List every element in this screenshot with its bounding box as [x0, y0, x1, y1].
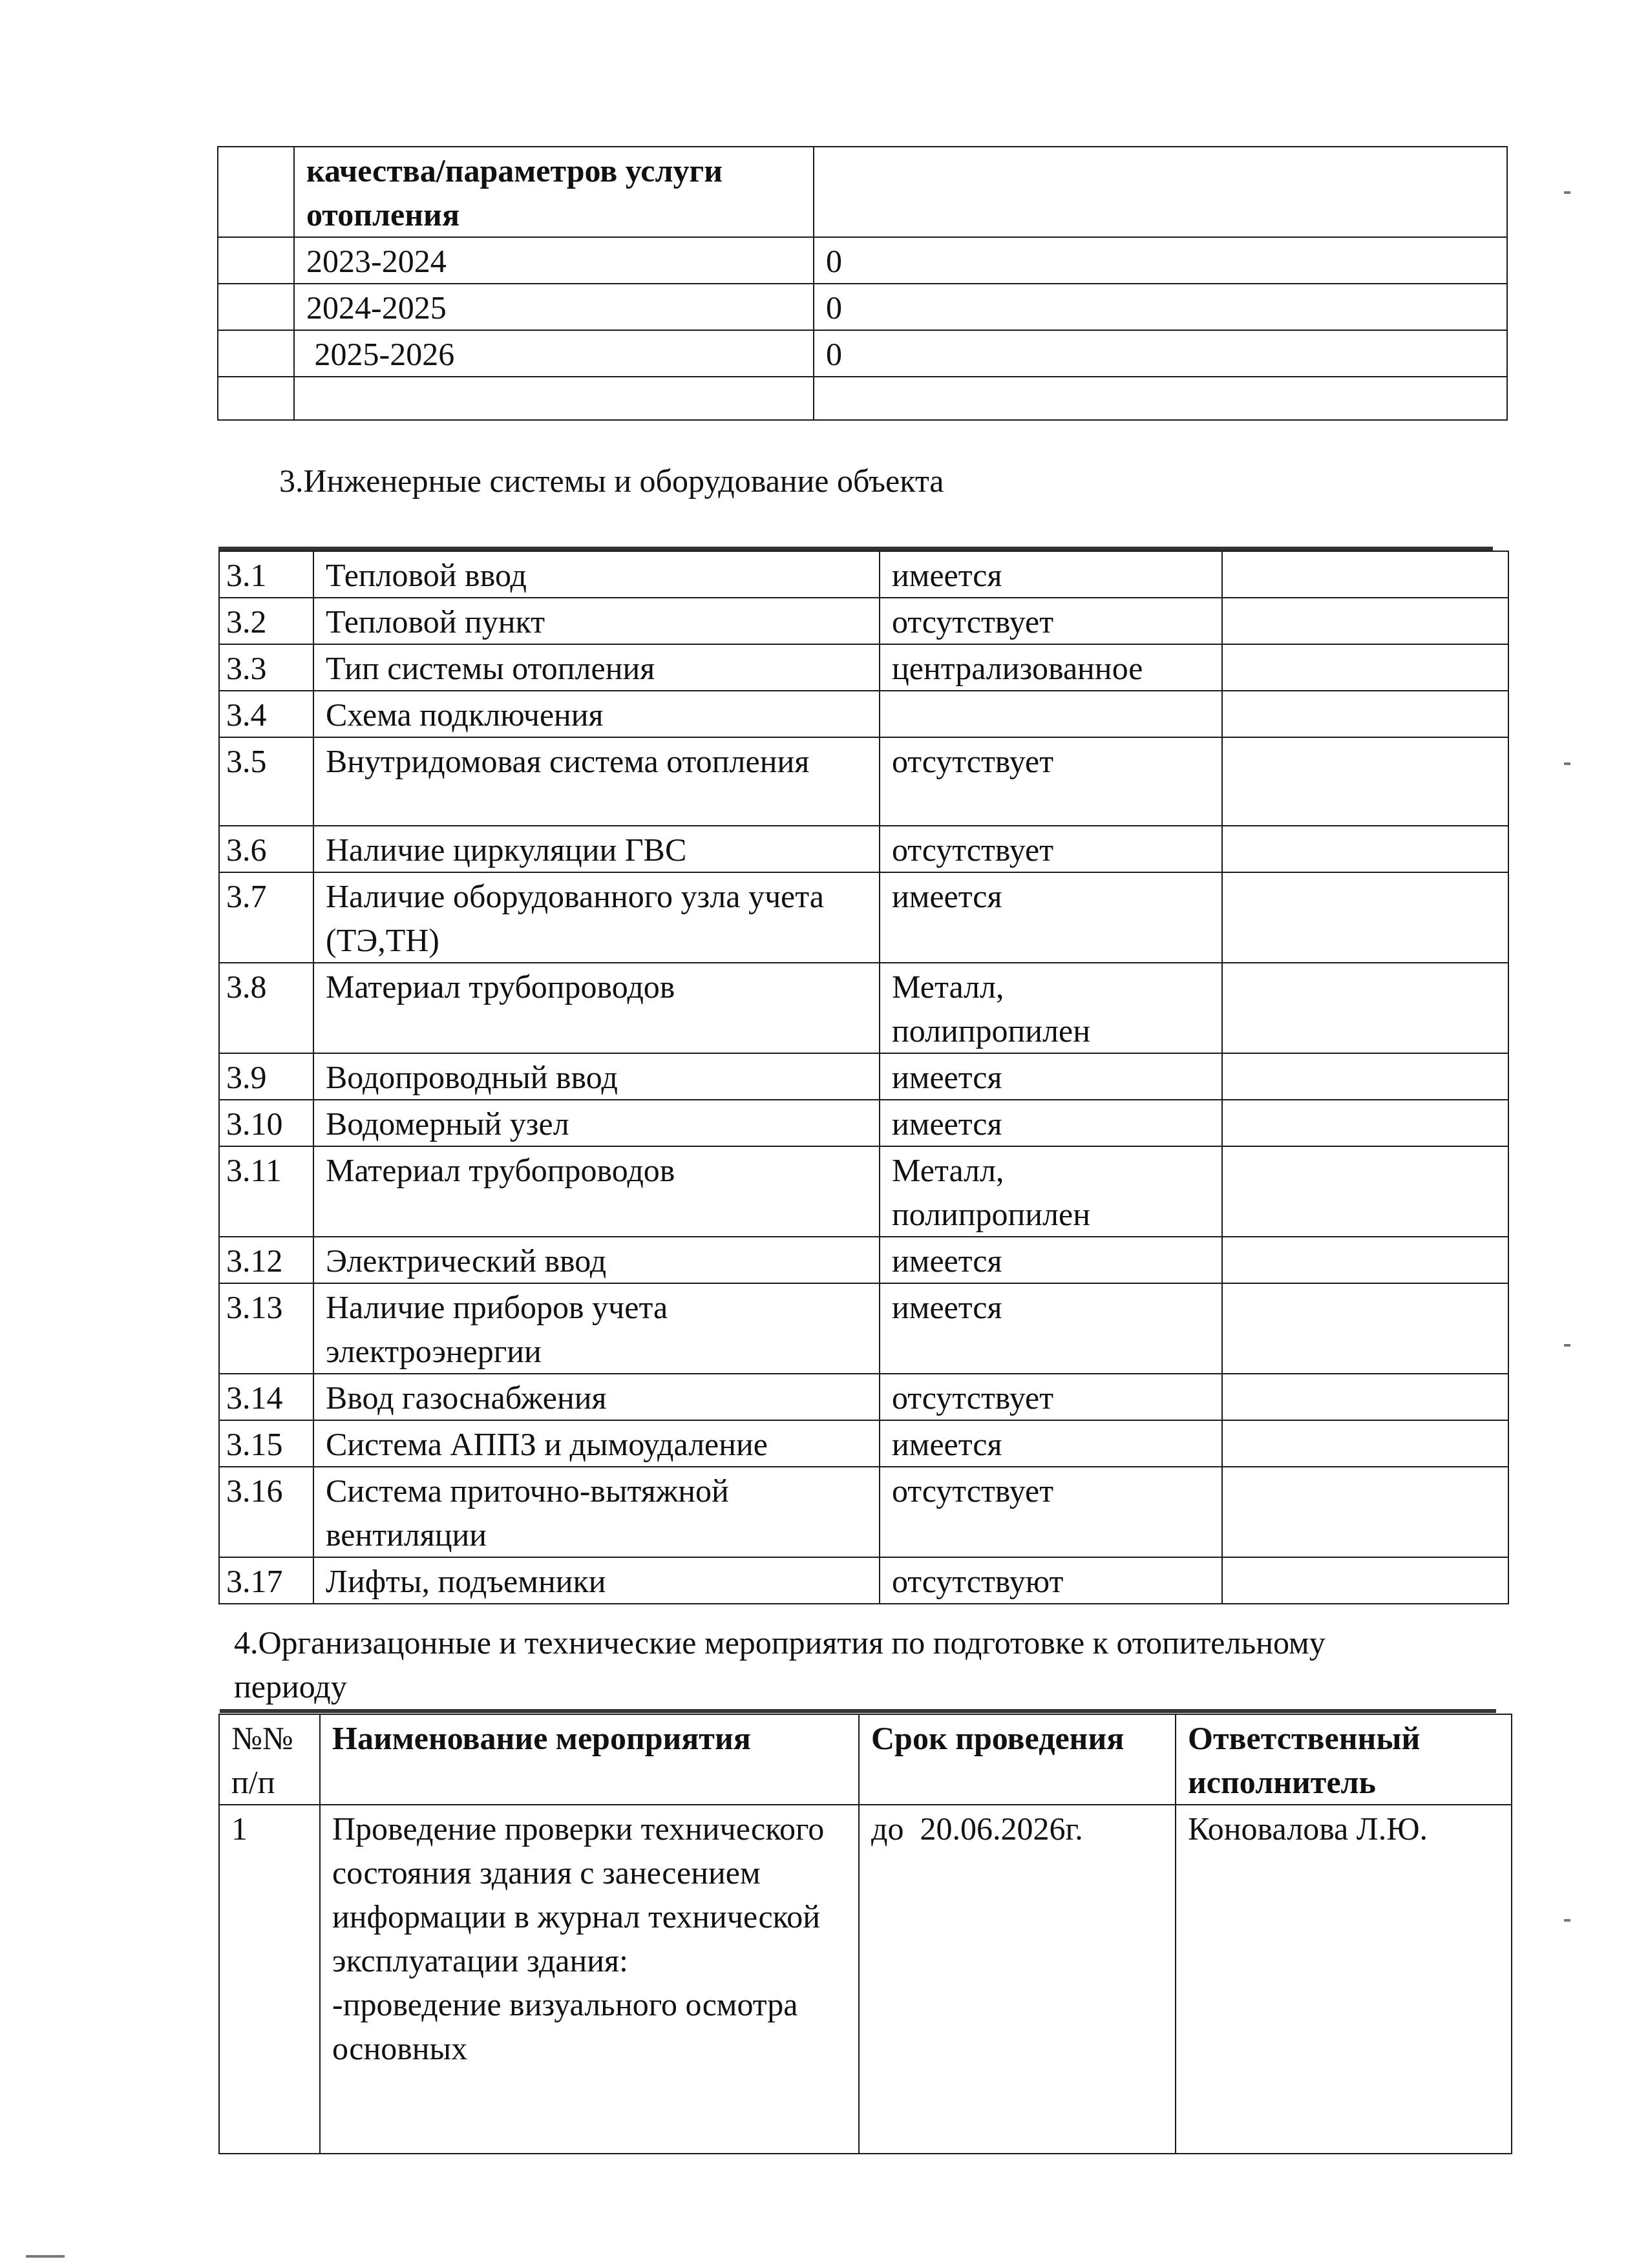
num-cell: 3.13 [219, 1283, 313, 1374]
extra-cell [1222, 598, 1508, 644]
table-row: 3.8Материал трубопроводовМеталл, полипро… [219, 963, 1508, 1053]
table-row: 3.3Тип системы отопленияцентрализованное [219, 644, 1508, 691]
system-name-cell: Наличие приборов учета электроэнергии [313, 1283, 880, 1374]
num-cell: 3.3 [219, 644, 313, 691]
num-cell: 3.5 [219, 737, 313, 826]
system-name-cell: Система АППЗ и дымоудаление [313, 1420, 880, 1467]
num-cell: 3.1 [219, 551, 313, 598]
measure-name-cell: Проведение проверки технического состоян… [320, 1805, 859, 2154]
num-cell: 3.9 [219, 1053, 313, 1100]
num-cell: 3.10 [219, 1100, 313, 1146]
system-name-cell: Схема подключения [313, 691, 880, 737]
status-cell: отсутствует [880, 826, 1222, 872]
table-row: 3.2Тепловой пунктотсутствует [219, 598, 1508, 644]
table-row: 3.15Система АППЗ и дымоудалениеимеется [219, 1420, 1508, 1467]
extra-cell [1222, 1420, 1508, 1467]
scan-speck [1564, 762, 1570, 765]
value-cell: 0 [814, 330, 1507, 377]
extra-cell [1222, 551, 1508, 598]
table-row: 3.16Система приточно-вытяжной вентиляции… [219, 1467, 1508, 1557]
status-cell: Металл, полипропилен [880, 963, 1222, 1053]
value-cell [814, 377, 1507, 420]
table-row: 3.6Наличие циркуляции ГВСотсутствует [219, 826, 1508, 872]
num-cell [218, 330, 294, 377]
section-3-title: 3.Инженерные системы и оборудование объе… [279, 459, 944, 503]
period-cell [294, 377, 814, 420]
table-row: 3.9Водопроводный вводимеется [219, 1053, 1508, 1100]
num-cell: 3.8 [219, 963, 313, 1053]
header-responsible: Ответственный исполнитель [1176, 1714, 1512, 1805]
table-row: 2025-2026 0 [218, 330, 1507, 377]
num-cell: 3.6 [219, 826, 313, 872]
num-cell: 3.4 [219, 691, 313, 737]
engineering-systems-table: 3.1Тепловой вводимеется3.2Тепловой пункт… [218, 551, 1509, 1604]
system-name-cell: Электрический ввод [313, 1237, 880, 1283]
preparation-measures-table: №№ п/п Наименование мероприятия Срок про… [218, 1714, 1512, 2154]
table-row: 3.10Водомерный узелимеется [219, 1100, 1508, 1146]
num-cell: 1 [219, 1805, 320, 2154]
period-cell: 2023-2024 [294, 237, 814, 284]
extra-cell [1222, 826, 1508, 872]
period-cell: 2025-2026 [294, 330, 814, 377]
status-cell: имеется [880, 1237, 1222, 1283]
table-header-row: №№ п/п Наименование мероприятия Срок про… [219, 1714, 1512, 1805]
extra-cell [1222, 1557, 1508, 1604]
status-cell: имеется [880, 1283, 1222, 1374]
period-cell: 2024-2025 [294, 284, 814, 330]
table-row: 3.17Лифты, подъемникиотсутствуют [219, 1557, 1508, 1604]
status-cell: отсутствует [880, 1467, 1222, 1557]
table-top-rule [220, 1709, 1496, 1713]
status-cell: централизованное [880, 644, 1222, 691]
header-cell: качества/параметров услуги отопления [294, 147, 814, 237]
document-page: качества/параметров услуги отопления 202… [0, 0, 1648, 2268]
scan-speck [1564, 191, 1570, 194]
section-4-title: 4.Организацонные и технические мероприят… [234, 1621, 1333, 1708]
table-row: 2024-2025 0 [218, 284, 1507, 330]
table-row: 1 Проведение проверки технического состо… [219, 1805, 1512, 2154]
table-row: 2023-2024 0 [218, 237, 1507, 284]
num-cell: 3.7 [219, 872, 313, 963]
table-row: 3.11Материал трубопроводовМеталл, полипр… [219, 1146, 1508, 1237]
system-name-cell: Тепловой ввод [313, 551, 880, 598]
num-cell: 3.12 [219, 1237, 313, 1283]
system-name-cell: Тип системы отопления [313, 644, 880, 691]
extra-cell [1222, 644, 1508, 691]
extra-cell [1222, 691, 1508, 737]
extra-cell [1222, 1237, 1508, 1283]
num-cell [218, 377, 294, 420]
value-cell: 0 [814, 237, 1507, 284]
system-name-cell: Водопроводный ввод [313, 1053, 880, 1100]
table-row: качества/параметров услуги отопления [218, 147, 1507, 237]
table-row: 3.14Ввод газоснабженияотсутствует [219, 1374, 1508, 1420]
extra-cell [1222, 1146, 1508, 1237]
extra-cell [1222, 1053, 1508, 1100]
status-cell: отсутствуют [880, 1557, 1222, 1604]
extra-cell [1222, 1100, 1508, 1146]
extra-cell [1222, 963, 1508, 1053]
value-cell [814, 147, 1507, 237]
header-num: №№ п/п [219, 1714, 320, 1805]
status-cell: отсутствует [880, 737, 1222, 826]
system-name-cell: Внутридомовая система отопления [313, 737, 880, 826]
extra-cell [1222, 872, 1508, 963]
num-cell [218, 284, 294, 330]
num-cell: 3.17 [219, 1557, 313, 1604]
status-cell: имеется [880, 551, 1222, 598]
status-cell: имеется [880, 872, 1222, 963]
extra-cell [1222, 737, 1508, 826]
table-row: 3.1Тепловой вводимеется [219, 551, 1508, 598]
status-cell [880, 691, 1222, 737]
status-cell: отсутствует [880, 1374, 1222, 1420]
system-name-cell: Система приточно-вытяжной вентиляции [313, 1467, 880, 1557]
value-cell: 0 [814, 284, 1507, 330]
system-name-cell: Материал трубопроводов [313, 963, 880, 1053]
system-name-cell: Материал трубопроводов [313, 1146, 880, 1237]
system-name-cell: Тепловой пункт [313, 598, 880, 644]
num-cell [218, 237, 294, 284]
table-row: 3.12Электрический вводимеется [219, 1237, 1508, 1283]
system-name-cell: Ввод газоснабжения [313, 1374, 880, 1420]
heating-quality-table: качества/параметров услуги отопления 202… [217, 146, 1508, 421]
extra-cell [1222, 1374, 1508, 1420]
status-cell: имеется [880, 1420, 1222, 1467]
status-cell: Металл, полипропилен [880, 1146, 1222, 1237]
system-name-cell: Наличие циркуляции ГВС [313, 826, 880, 872]
status-cell: отсутствует [880, 598, 1222, 644]
table-row: 3.5Внутридомовая система отопленияотсутс… [219, 737, 1508, 826]
system-name-cell: Лифты, подъемники [313, 1557, 880, 1604]
status-cell: имеется [880, 1100, 1222, 1146]
table-row [218, 377, 1507, 420]
extra-cell [1222, 1467, 1508, 1557]
term-cell: до 20.06.2026г. [859, 1805, 1176, 2154]
num-cell: 3.15 [219, 1420, 313, 1467]
scan-speck [1564, 1344, 1570, 1347]
num-cell: 3.2 [219, 598, 313, 644]
extra-cell [1222, 1283, 1508, 1374]
system-name-cell: Водомерный узел [313, 1100, 880, 1146]
status-cell: имеется [880, 1053, 1222, 1100]
num-cell: 3.14 [219, 1374, 313, 1420]
table-row: 3.13Наличие приборов учета электроэнерги… [219, 1283, 1508, 1374]
header-term: Срок проведения [859, 1714, 1176, 1805]
scan-speck [1564, 1919, 1570, 1922]
scan-speck [26, 2255, 65, 2258]
table-row: 3.7Наличие оборудованного узла учета (ТЭ… [219, 872, 1508, 963]
num-cell: 3.16 [219, 1467, 313, 1557]
table-row: 3.4Схема подключения [219, 691, 1508, 737]
responsible-cell: Коновалова Л.Ю. [1176, 1805, 1512, 2154]
num-cell [218, 147, 294, 237]
header-name: Наименование мероприятия [320, 1714, 859, 1805]
num-cell: 3.11 [219, 1146, 313, 1237]
system-name-cell: Наличие оборудованного узла учета (ТЭ,ТН… [313, 872, 880, 963]
